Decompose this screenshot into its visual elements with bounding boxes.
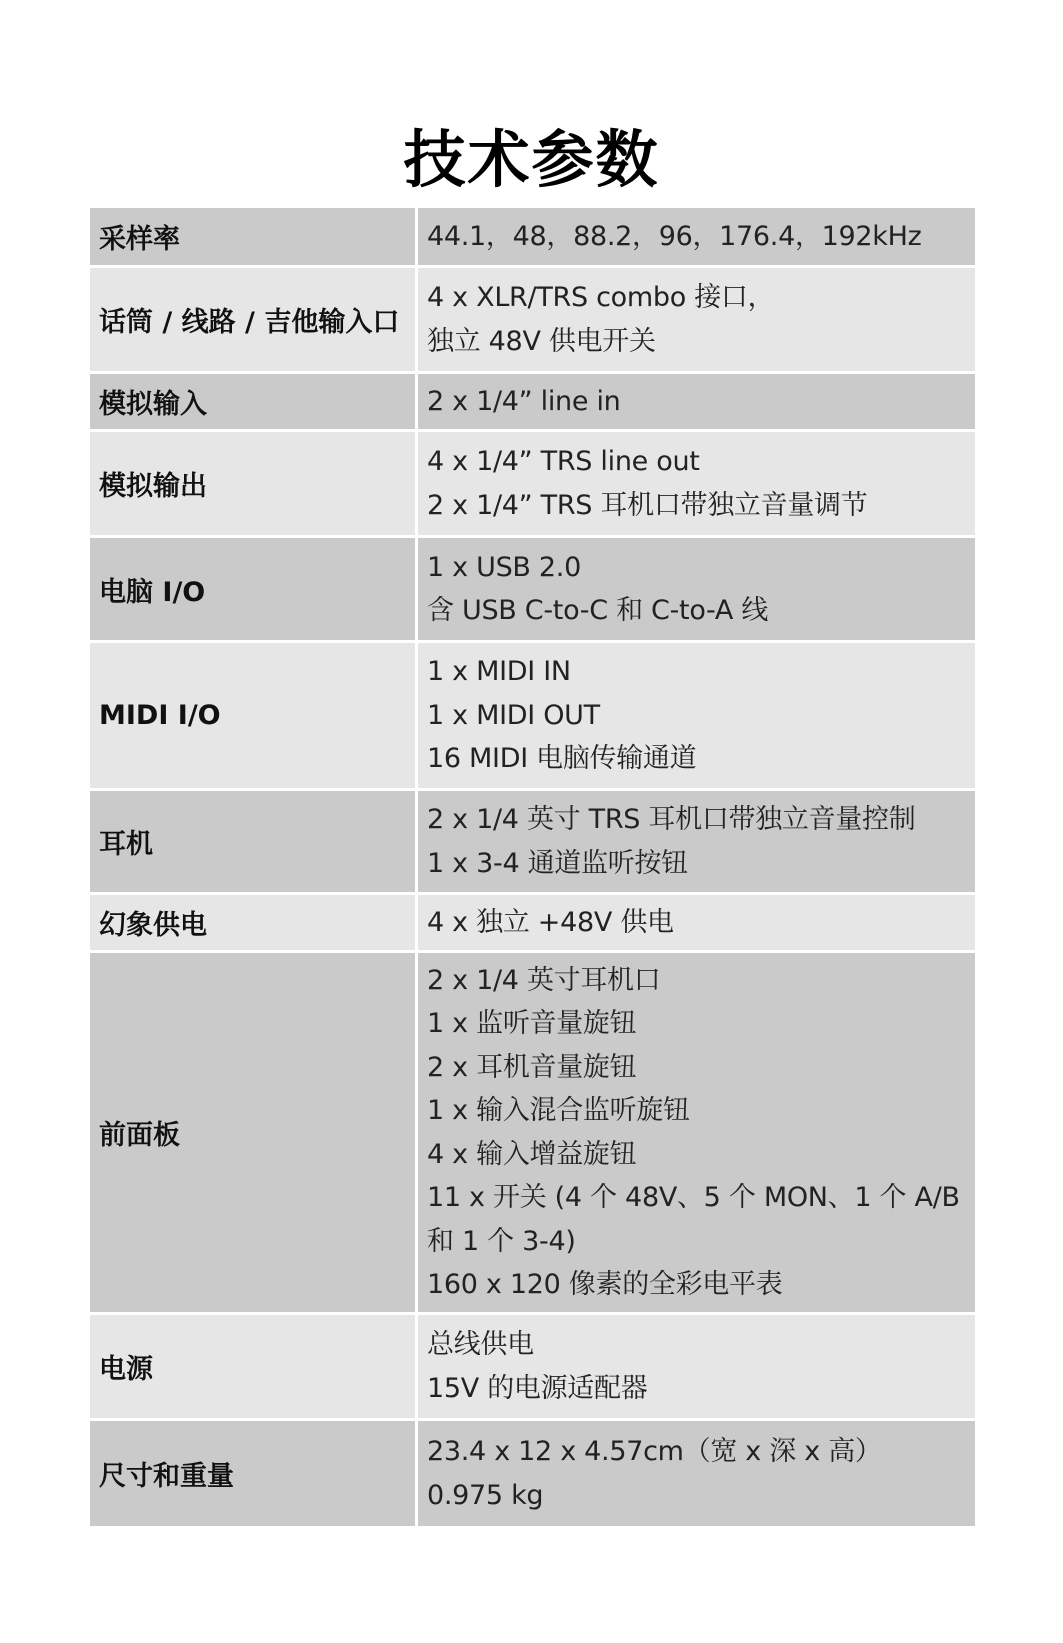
spec-row: 模拟输入2 x 1/4” line in <box>90 371 975 429</box>
spec-value: 1 x USB 2.0含 USB C-to-C 和 C-to-A 线 <box>418 538 975 640</box>
spec-value-line: 4 x 输入增益旋钮 <box>427 1133 967 1177</box>
spec-label: 幻象供电 <box>90 895 418 950</box>
spec-label: 模拟输出 <box>90 432 418 535</box>
spec-value: 1 x MIDI IN1 x MIDI OUT16 MIDI 电脑传输通道 <box>418 643 975 788</box>
spec-value: 44.1，48，88.2，96，176.4，192kHz <box>418 208 975 265</box>
spec-value-line: 1 x 监听音量旋钮 <box>427 1002 967 1046</box>
spec-row: 尺寸和重量23.4 x 12 x 4.57cm（宽 x 深 x 高）0.975 … <box>90 1418 975 1526</box>
spec-label: 模拟输入 <box>90 374 418 429</box>
spec-value-line: 2 x 耳机音量旋钮 <box>427 1046 967 1090</box>
spec-value-line: 11 x 开关 (4 个 48V、5 个 MON、1 个 A/B <box>427 1176 967 1220</box>
spec-label: 前面板 <box>90 953 418 1312</box>
spec-row: 前面板2 x 1/4 英寸耳机口1 x 监听音量旋钮2 x 耳机音量旋钮1 x … <box>90 950 975 1312</box>
spec-row: 耳机2 x 1/4 英寸 TRS 耳机口带独立音量控制1 x 3-4 通道监听按… <box>90 788 975 892</box>
spec-value-line: 1 x USB 2.0 <box>427 546 967 590</box>
spec-value-line: 2 x 1/4” TRS 耳机口带独立音量调节 <box>427 484 967 528</box>
spec-value-line: 1 x MIDI IN <box>427 650 967 694</box>
spec-label: 尺寸和重量 <box>90 1421 418 1526</box>
spec-value-line: 1 x 输入混合监听旋钮 <box>427 1089 967 1133</box>
spec-value-line: 23.4 x 12 x 4.57cm（宽 x 深 x 高） <box>427 1430 967 1474</box>
spec-value-line: 44.1，48，88.2，96，176.4，192kHz <box>427 215 967 259</box>
spec-value: 23.4 x 12 x 4.57cm（宽 x 深 x 高）0.975 kg <box>418 1421 975 1526</box>
spec-table: 采样率44.1，48，88.2，96，176.4，192kHz话筒 / 线路 /… <box>90 208 975 1526</box>
spec-value-line: 0.975 kg <box>427 1474 967 1518</box>
spec-value-line: 15V 的电源适配器 <box>427 1367 967 1411</box>
spec-label: 电源 <box>90 1315 418 1418</box>
spec-value: 4 x XLR/TRS combo 接口，独立 48V 供电开关 <box>418 268 975 371</box>
spec-row: 电源总线供电15V 的电源适配器 <box>90 1312 975 1418</box>
page-title: 技术参数 <box>0 120 1063 200</box>
spec-value-line: 总线供电 <box>427 1323 967 1367</box>
spec-value-line: 2 x 1/4 英寸 TRS 耳机口带独立音量控制 <box>427 798 967 842</box>
spec-row: 电脑 I/O1 x USB 2.0含 USB C-to-C 和 C-to-A 线 <box>90 535 975 640</box>
spec-value-line: 4 x 独立 +48V 供电 <box>427 901 967 945</box>
spec-value-line: 4 x XLR/TRS combo 接口， <box>427 276 967 320</box>
spec-row: 模拟输出4 x 1/4” TRS line out2 x 1/4” TRS 耳机… <box>90 429 975 535</box>
spec-label: 话筒 / 线路 / 吉他输入口 <box>90 268 418 371</box>
spec-value: 2 x 1/4” line in <box>418 374 975 429</box>
spec-value: 4 x 1/4” TRS line out2 x 1/4” TRS 耳机口带独立… <box>418 432 975 535</box>
spec-value-line: 含 USB C-to-C 和 C-to-A 线 <box>427 589 967 633</box>
spec-value: 2 x 1/4 英寸 TRS 耳机口带独立音量控制1 x 3-4 通道监听按钮 <box>418 791 975 892</box>
spec-label: 耳机 <box>90 791 418 892</box>
spec-value-line: 2 x 1/4 英寸耳机口 <box>427 959 967 1003</box>
spec-row: MIDI I/O1 x MIDI IN1 x MIDI OUT16 MIDI 电… <box>90 640 975 788</box>
spec-value-line: 160 x 120 像素的全彩电平表 <box>427 1263 967 1307</box>
spec-value-line: 和 1 个 3-4) <box>427 1220 967 1264</box>
spec-value-line: 1 x 3-4 通道监听按钮 <box>427 842 967 886</box>
spec-label: 电脑 I/O <box>90 538 418 640</box>
spec-label: 采样率 <box>90 208 418 265</box>
spec-row: 话筒 / 线路 / 吉他输入口4 x XLR/TRS combo 接口，独立 4… <box>90 265 975 371</box>
spec-value: 2 x 1/4 英寸耳机口1 x 监听音量旋钮2 x 耳机音量旋钮1 x 输入混… <box>418 953 975 1312</box>
spec-row: 幻象供电4 x 独立 +48V 供电 <box>90 892 975 950</box>
spec-value: 总线供电15V 的电源适配器 <box>418 1315 975 1418</box>
spec-value-line: 独立 48V 供电开关 <box>427 320 967 364</box>
spec-value-line: 2 x 1/4” line in <box>427 380 967 424</box>
spec-label: MIDI I/O <box>90 643 418 788</box>
spec-row: 采样率44.1，48，88.2，96，176.4，192kHz <box>90 208 975 265</box>
spec-value-line: 4 x 1/4” TRS line out <box>427 440 967 484</box>
spec-value-line: 16 MIDI 电脑传输通道 <box>427 737 967 781</box>
spec-value: 4 x 独立 +48V 供电 <box>418 895 975 950</box>
spec-value-line: 1 x MIDI OUT <box>427 694 967 738</box>
